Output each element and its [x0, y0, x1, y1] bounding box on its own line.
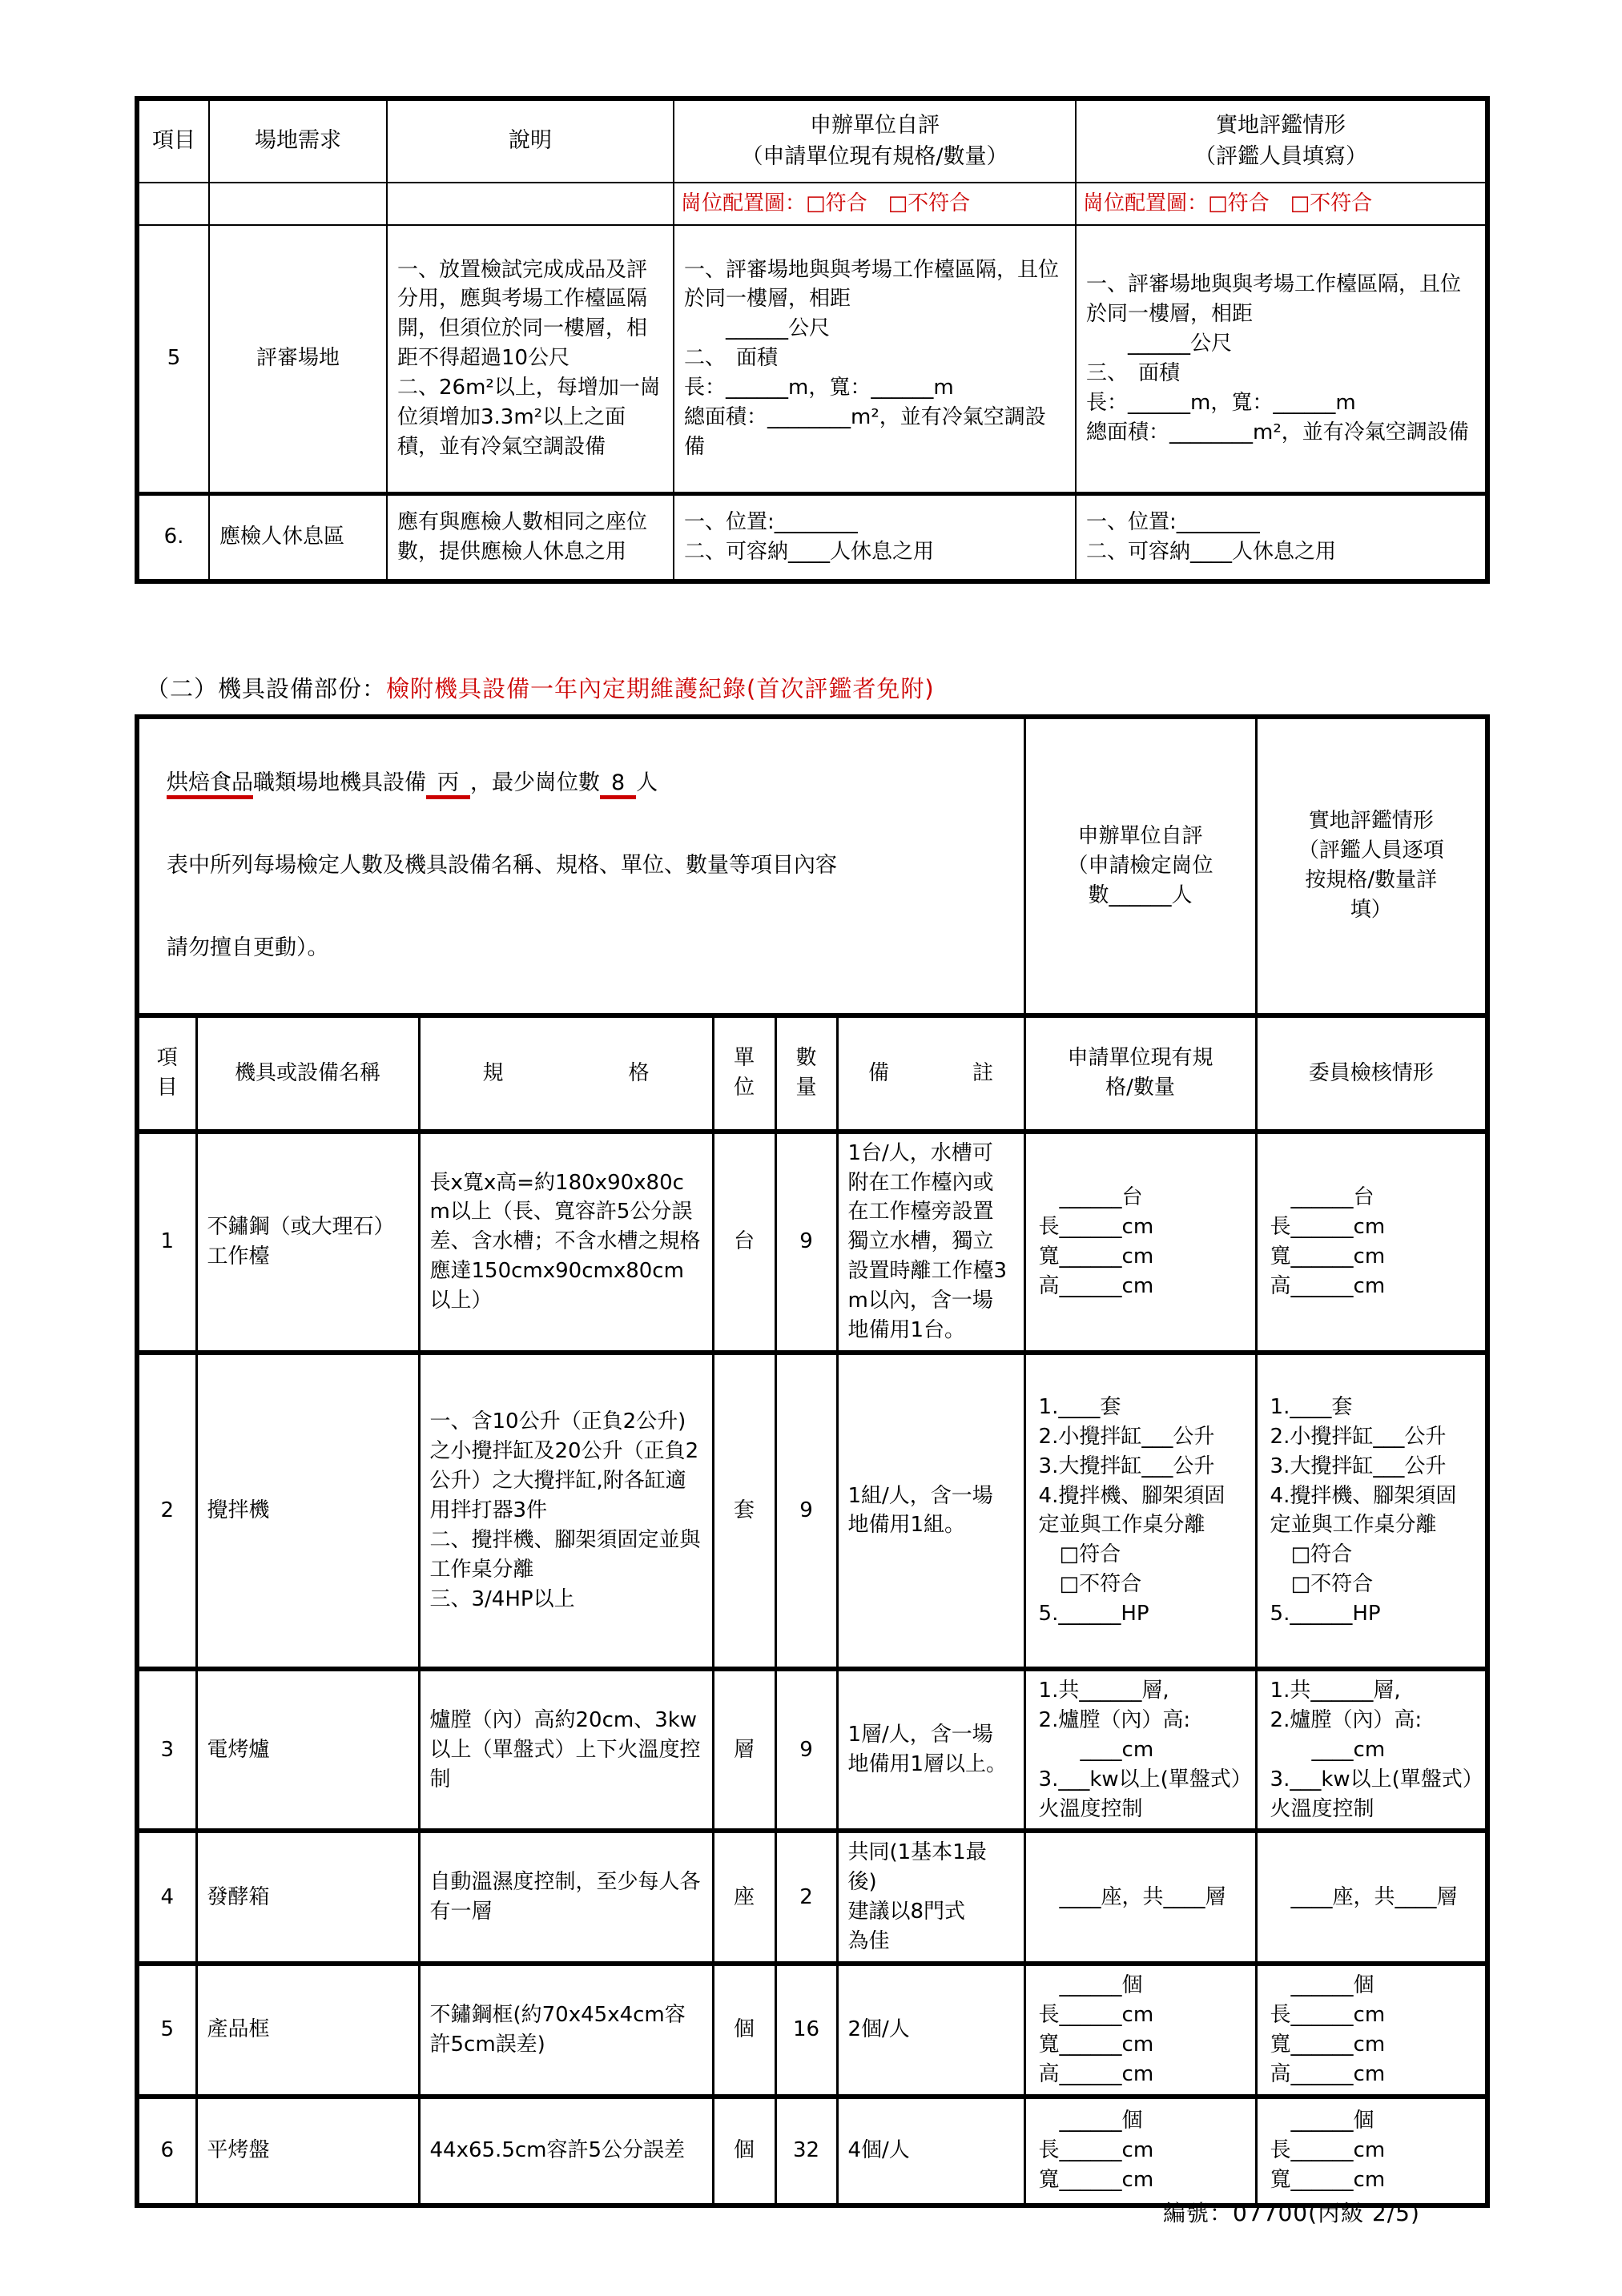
equipment-name: 電烤爐: [196, 1669, 419, 1832]
item-no: 5: [137, 1964, 196, 2097]
station-layout-check-self: 崗位配置圖：□符合 □不符合: [674, 183, 1076, 225]
table-row: 5 評審場地 一、放置檢試完成成品及評分用，應與考場工作檯區隔開，但須位於同一樓…: [137, 225, 1487, 493]
section-title-prefix: （二）機具設備部份：: [146, 675, 386, 702]
site-description: 應有與應檢人數相同之座位數，提供應檢人休息之用: [387, 493, 674, 581]
equipment-spec: 爐膛（內）高約20cm、3kw以上（單盤式）上下火溫度控制: [419, 1669, 713, 1832]
equipment-qty: 9: [775, 1669, 837, 1832]
station-layout-row: 崗位配置圖：□符合 □不符合 崗位配置圖：□符合 □不符合: [137, 183, 1487, 225]
equipment-note: 2個/人: [837, 1964, 1024, 2097]
item-no: 2: [137, 1353, 196, 1669]
col-header-onsite-evaluation: 實地評鑑情形 （評鑑人員填寫）: [1076, 99, 1487, 183]
equipment-table: 烘焙食品職類場地機具設備丙，最少崗位數8人 表中所列每場檢定人數及機具設備名稱、…: [135, 714, 1490, 2208]
intro-text: 人: [636, 770, 658, 795]
item-no: 3: [137, 1669, 196, 1832]
equipment-intro-line3: 請勿擅自更動）。: [167, 933, 1016, 963]
col-header-unit: 單位: [713, 1015, 775, 1132]
equipment-name: 發酵箱: [196, 1831, 419, 1964]
site-name: 評審場地: [209, 225, 387, 493]
intro-text: ，最少崗位數: [470, 770, 600, 795]
equipment-unit: 層: [713, 1669, 775, 1832]
equipment-name: 不鏽鋼（或大理石）工作檯: [196, 1132, 419, 1353]
equipment-intro-line2: 表中所列每場檢定人數及機具設備名稱、規格、單位、數量等項目內容: [167, 850, 1016, 881]
col-header-description: 說明: [387, 99, 674, 183]
equipment-spec: 不鏽鋼框(約70x45x4cm容許5cm誤差): [419, 1964, 713, 2097]
equipment-qty: 16: [775, 1964, 837, 2097]
onsite-evaluation-header: 實地評鑑情形 （評鑑人員逐項 按規格/數量詳 填）: [1256, 717, 1487, 1015]
committee-check-cell: ______個 長______cm 寬______cm 高______cm: [1256, 1964, 1487, 2097]
item-no: 1: [137, 1132, 196, 1353]
empty-cell: [209, 183, 387, 225]
equipment-name: 平烤盤: [196, 2097, 419, 2206]
applicant-spec-cell: 1.____套 2.小攪拌缸___公升 3.大攪拌缸___公升 4.攪拌機、腳架…: [1024, 1353, 1256, 1669]
equipment-unit: 座: [713, 1831, 775, 1964]
self-evaluation-header: 申辦單位自評 （申請檢定崗位 數______人: [1024, 717, 1256, 1015]
committee-check-cell: ____座，共____層: [1256, 1831, 1487, 1964]
equipment-spec: 長x寬x高=約180x90x80cm以上（長、寬容許5公分誤差、含水槽；不含水槽…: [419, 1132, 713, 1353]
col-header-qty: 數量: [775, 1015, 837, 1132]
equipment-name: 攪拌機: [196, 1353, 419, 1669]
col-header-committee-check: 委員檢核情形: [1256, 1015, 1487, 1132]
site-requirements-table: 項目 場地需求 說明 申辦單位自評 （申請單位現有規格/數量） 實地評鑑情形 （…: [135, 96, 1490, 584]
col-header-spec: 規 格: [419, 1015, 713, 1132]
site-table-header-row: 項目 場地需求 說明 申辦單位自評 （申請單位現有規格/數量） 實地評鑑情形 （…: [137, 99, 1487, 183]
equipment-spec: 44x65.5cm容許5公分誤差: [419, 2097, 713, 2206]
item-no: 6.: [137, 493, 209, 581]
committee-check-cell: ______台 長______cm 寬______cm 高______cm: [1256, 1132, 1487, 1353]
equipment-row: 5 產品框 不鏽鋼框(約70x45x4cm容許5cm誤差) 個 16 2個/人 …: [137, 1964, 1487, 2097]
equipment-row: 3 電烤爐 爐膛（內）高約20cm、3kw以上（單盤式）上下火溫度控制 層 9 …: [137, 1669, 1487, 1832]
self-evaluation-cell: 一、位置:________ 二、可容納____人休息之用: [674, 493, 1076, 581]
committee-check-cell: 1.共______層, 2.爐膛（內）高: ____cm 3.___kw以上(單…: [1256, 1669, 1487, 1832]
section-title: （二）機具設備部份：檢附機具設備一年內定期維護紀錄(首次評鑑者免附): [146, 671, 935, 704]
applicant-spec-cell: ____座，共____層: [1024, 1831, 1256, 1964]
equipment-columns-row: 項 目 機具或設備名稱 規 格 單位 數量 備 註 申請單位現有規 格/數量 委…: [137, 1015, 1487, 1132]
equipment-qty: 9: [775, 1353, 837, 1669]
equipment-row: 2 攪拌機 一、含10公升（正負2公升)之小攪拌缸及20公升（正負2公升）之大攪…: [137, 1353, 1487, 1669]
equipment-intro-line1: 烘焙食品職類場地機具設備丙，最少崗位數8人: [167, 768, 1016, 798]
equipment-row: 4 發酵箱 自動溫濕度控制，至少每人各有一層 座 2 共同(1基本1最後) 建議…: [137, 1831, 1487, 1964]
site-name: 應檢人休息區: [209, 493, 387, 581]
station-count-value: 8: [600, 770, 636, 799]
col-header-item: 項 目: [137, 1015, 196, 1132]
onsite-evaluation-cell: 一、位置:________ 二、可容納____人休息之用: [1076, 493, 1487, 581]
col-header-equipment-name: 機具或設備名稱: [196, 1015, 419, 1132]
station-layout-check-onsite: 崗位配置圖：□符合 □不符合: [1076, 183, 1487, 225]
equipment-note: 4個/人: [837, 2097, 1024, 2206]
table-row: 6. 應檢人休息區 應有與應檢人數相同之座位數，提供應檢人休息之用 一、位置:_…: [137, 493, 1487, 581]
site-description: 一、放置檢試完成成品及評分用，應與考場工作檯區隔開，但須位於同一樓層，相距不得超…: [387, 225, 674, 493]
section-title-highlight: 檢附機具設備一年內定期維護紀錄(首次評鑑者免附): [386, 675, 935, 702]
item-no: 4: [137, 1831, 196, 1964]
self-evaluation-cell: 一、評審場地與與考場工作檯區隔，且位於同一樓層，相距 ______公尺 二、 面…: [674, 225, 1076, 493]
onsite-evaluation-cell: 一、評審場地與與考場工作檯區隔，且位於同一樓層，相距 ______公尺 三、 面…: [1076, 225, 1487, 493]
equipment-name: 產品框: [196, 1964, 419, 2097]
item-no: 6: [137, 2097, 196, 2206]
equipment-qty: 32: [775, 2097, 837, 2206]
applicant-spec-cell: 1.共______層, 2.爐膛（內）高: ____cm 3.___kw以上(單…: [1024, 1669, 1256, 1832]
equipment-row: 1 不鏽鋼（或大理石）工作檯 長x寬x高=約180x90x80cm以上（長、寬容…: [137, 1132, 1487, 1353]
col-header-item: 項目: [137, 99, 209, 183]
page: 項目 場地需求 說明 申辦單位自評 （申請單位現有規格/數量） 實地評鑑情形 （…: [0, 0, 1622, 2296]
item-no: 5: [137, 225, 209, 493]
col-header-site-requirement: 場地需求: [209, 99, 387, 183]
equipment-unit: 套: [713, 1353, 775, 1669]
col-header-note: 備 註: [837, 1015, 1024, 1132]
applicant-spec-cell: ______個 長______cm 寬______cm 高______cm: [1024, 1964, 1256, 2097]
equipment-spec: 自動溫濕度控制，至少每人各有一層: [419, 1831, 713, 1964]
level-value: 丙: [426, 770, 470, 799]
equipment-unit: 個: [713, 1964, 775, 2097]
col-header-applicant-spec: 申請單位現有規 格/數量: [1024, 1015, 1256, 1132]
equipment-note: 1台/人，水槽可附在工作檯內或在工作檯旁設置獨立水槽，獨立設置時離工作檯3m以內…: [837, 1132, 1024, 1353]
equipment-unit: 個: [713, 2097, 775, 2206]
trade-name: 烘焙食品: [167, 770, 253, 799]
equipment-qty: 2: [775, 1831, 837, 1964]
empty-cell: [387, 183, 674, 225]
col-header-self-evaluation: 申辦單位自評 （申請單位現有規格/數量）: [674, 99, 1076, 183]
equipment-note: 1組/人，含一場地備用1組。: [837, 1353, 1024, 1669]
equipment-unit: 台: [713, 1132, 775, 1353]
equipment-qty: 9: [775, 1132, 837, 1353]
page-number: 編號：07700(丙級 2/5): [1163, 2196, 1420, 2228]
committee-check-cell: 1.____套 2.小攪拌缸___公升 3.大攪拌缸___公升 4.攪拌機、腳架…: [1256, 1353, 1487, 1669]
equipment-spec: 一、含10公升（正負2公升)之小攪拌缸及20公升（正負2公升）之大攪拌缸,附各缸…: [419, 1353, 713, 1669]
equipment-intro-cell: 烘焙食品職類場地機具設備丙，最少崗位數8人 表中所列每場檢定人數及機具設備名稱、…: [137, 717, 1024, 1015]
equipment-intro-row: 烘焙食品職類場地機具設備丙，最少崗位數8人 表中所列每場檢定人數及機具設備名稱、…: [137, 717, 1487, 1015]
intro-text: 職類場地機具設備: [253, 770, 426, 795]
empty-cell: [137, 183, 209, 225]
committee-check-cell: ______個 長______cm 寬______cm: [1256, 2097, 1487, 2206]
equipment-note: 共同(1基本1最後) 建議以8門式 為佳: [837, 1831, 1024, 1964]
equipment-row: 6 平烤盤 44x65.5cm容許5公分誤差 個 32 4個/人 ______個…: [137, 2097, 1487, 2206]
applicant-spec-cell: ______台 長______cm 寬______cm 高______cm: [1024, 1132, 1256, 1353]
applicant-spec-cell: ______個 長______cm 寬______cm: [1024, 2097, 1256, 2206]
equipment-note: 1層/人，含一場地備用1層以上。: [837, 1669, 1024, 1832]
